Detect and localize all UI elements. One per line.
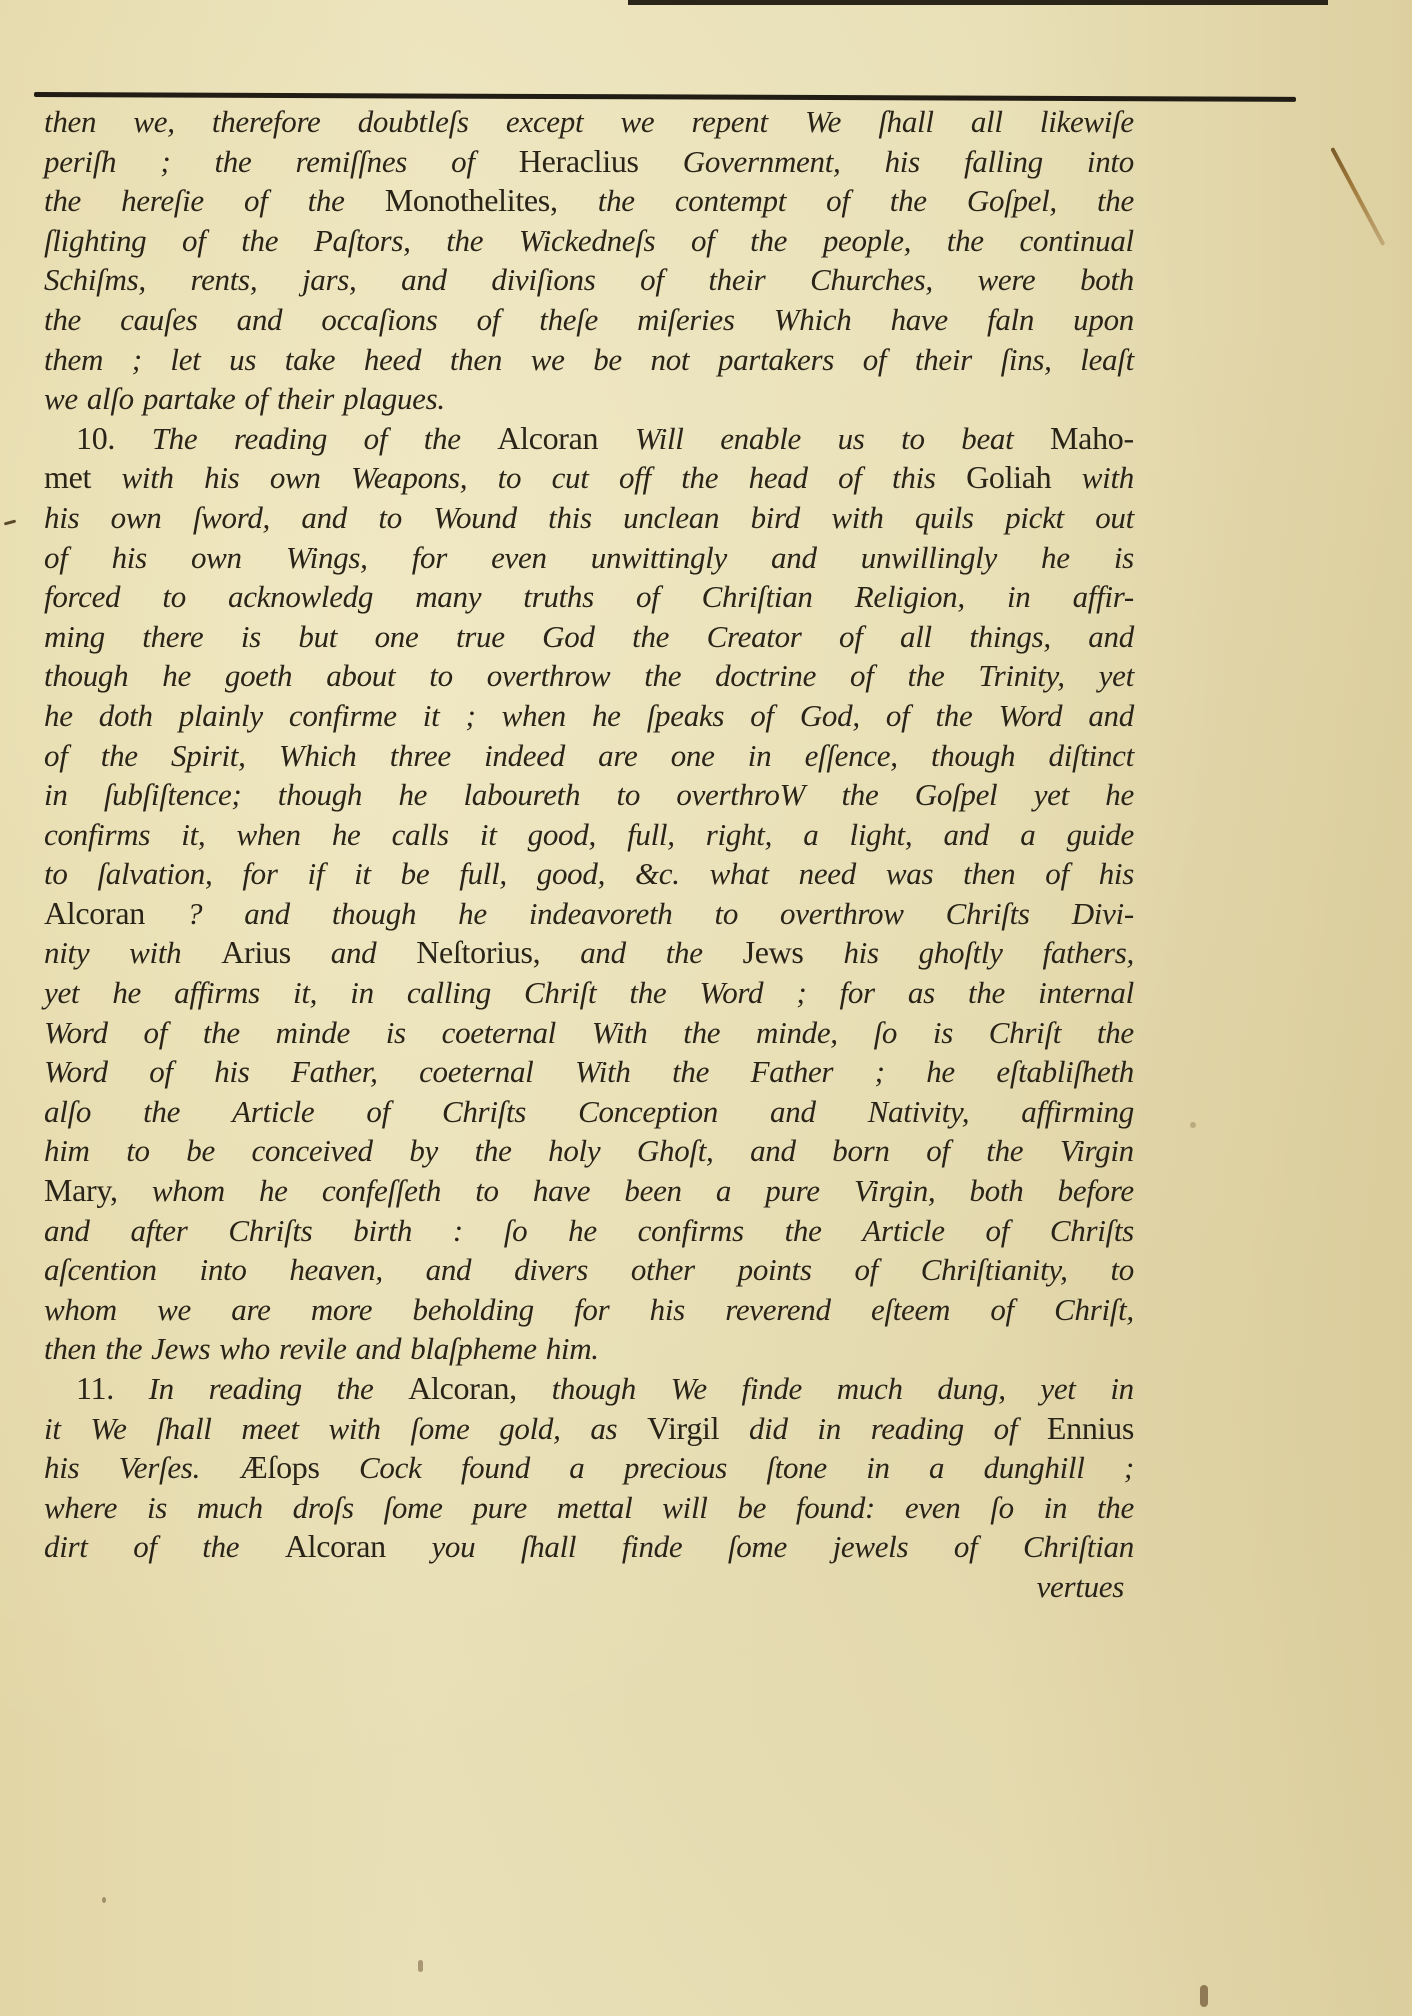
italic-word: of [994, 1409, 1018, 1449]
italic-word: affirming [1021, 1092, 1134, 1132]
italic-word: yet [44, 973, 79, 1013]
italic-word: indeed [484, 736, 565, 776]
roman-word: Virgil [647, 1409, 719, 1449]
italic-word: Weapons, [351, 458, 467, 498]
italic-word: ; [466, 696, 476, 736]
roman-word: 11. [76, 1369, 114, 1409]
catchword-text: vertues [1037, 1567, 1124, 1607]
text-line: inſubſiſtence;thoughhelabourethtooverthr… [44, 775, 1134, 815]
italic-word: Nativity, [868, 1092, 970, 1132]
text-line: Schiſms,rents,jars,anddiviſionsoftheirCh… [44, 260, 1134, 300]
italic-word: heaven, [289, 1250, 382, 1290]
italic-word: ſpeaks [647, 696, 724, 736]
italic-word: finde [742, 1369, 803, 1409]
italic-word: be [593, 340, 622, 380]
italic-word: to [475, 1171, 499, 1211]
italic-word: Which [279, 736, 357, 776]
italic-word: one [671, 736, 715, 776]
italic-word: is [1114, 538, 1134, 578]
italic-word: doubtleſs [358, 102, 469, 142]
italic-word: holy [548, 1131, 600, 1171]
italic-word: many [415, 577, 481, 617]
italic-word: as [908, 973, 935, 1013]
text-line: 10.ThereadingoftheAlcoranWillenableustob… [44, 419, 1134, 459]
italic-word: him. [546, 1329, 599, 1369]
italic-word: with [328, 1409, 380, 1449]
italic-word: ſome [384, 1488, 443, 1528]
italic-word: forced [44, 577, 120, 617]
italic-word: and [771, 538, 817, 578]
italic-word: &c. [635, 854, 680, 894]
italic-word: yet [1034, 775, 1069, 815]
italic-word: ſtone [766, 1448, 827, 1488]
italic-word: overthrow [780, 894, 904, 934]
italic-word: was [886, 854, 933, 894]
italic-word: the [907, 656, 944, 696]
italic-word: likewiſe [1040, 102, 1134, 142]
italic-word: ſome [410, 1409, 469, 1449]
italic-word: the [1097, 181, 1134, 221]
italic-word: In [149, 1369, 174, 1409]
italic-word: of [133, 1527, 157, 1567]
italic-word: gold, [499, 1409, 560, 1449]
italic-word: coeternal [419, 1052, 533, 1092]
italic-word: the [308, 181, 345, 221]
italic-word: eſteem [871, 1290, 950, 1330]
italic-word: he [1105, 775, 1134, 815]
italic-word: he [259, 1171, 288, 1211]
italic-word: and [1088, 617, 1134, 657]
italic-word: in [1110, 1369, 1134, 1409]
italic-word: you [431, 1527, 475, 1567]
italic-word: more [311, 1290, 372, 1330]
italic-word: for [840, 973, 875, 1013]
italic-word: and [44, 1211, 90, 1251]
italic-word: his [1099, 854, 1134, 894]
italic-word: With [592, 1013, 648, 1053]
italic-word: diſtinct [1049, 736, 1134, 776]
italic-word: he [592, 696, 621, 736]
italic-word: the [750, 221, 787, 261]
italic-word: coeternal [442, 1013, 556, 1053]
italic-word: Chriſts [1050, 1211, 1134, 1251]
italic-word: then [44, 1329, 96, 1369]
italic-word: the [44, 181, 81, 221]
italic-word: the [968, 973, 1005, 1013]
italic-word: ſlighting [44, 221, 146, 261]
italic-word: of [854, 1250, 878, 1290]
italic-word: what [710, 854, 769, 894]
italic-word: plainly [179, 696, 263, 736]
italic-word: be [737, 1488, 766, 1528]
italic-word: both [1080, 260, 1134, 300]
italic-word: this [548, 498, 592, 538]
italic-word: his [885, 142, 920, 182]
italic-word: doth [99, 696, 153, 736]
italic-word: is [147, 1488, 167, 1528]
text-line: ſlightingofthePaſtors,theWickedneſsofthe… [44, 221, 1134, 261]
italic-word: Jews [151, 1329, 210, 1369]
text-line: hisownſword,andtoWoundthisuncleanbirdwit… [44, 498, 1134, 538]
text-line: Alcoran?andthoughheindeavorethtooverthro… [44, 894, 1134, 934]
roman-word: Maho- [1050, 419, 1134, 459]
text-line: wealſopartakeoftheirplagues. [44, 379, 1134, 419]
italic-word: and [943, 815, 989, 855]
italic-word: about [326, 656, 395, 696]
italic-word: mettal [557, 1488, 633, 1528]
italic-word: by [409, 1131, 438, 1171]
text-line: ofhisownWings,forevenunwittinglyandunwil… [44, 538, 1134, 578]
italic-word: then [450, 340, 502, 380]
roman-word: Monothelites, [385, 181, 558, 221]
italic-word: ghoſtly [919, 933, 1003, 973]
italic-word: droſs [293, 1488, 354, 1528]
italic-word: contempt [675, 181, 786, 221]
italic-word: own [111, 498, 162, 538]
italic-word: the [143, 1092, 180, 1132]
italic-word: confirme [289, 696, 397, 736]
italic-word: to [498, 458, 522, 498]
text-line: alſotheArticleofChriſtsConceptionandNati… [44, 1092, 1134, 1132]
italic-word: ; [875, 1052, 885, 1092]
italic-word: light, [850, 815, 913, 855]
italic-word: with [1082, 458, 1134, 498]
italic-word: off [619, 458, 651, 498]
italic-word: in [350, 973, 374, 1013]
italic-word: God, [800, 696, 860, 736]
italic-word: after [130, 1211, 187, 1251]
italic-word: us [838, 419, 865, 459]
italic-word: their [708, 260, 765, 300]
italic-word: it [354, 854, 371, 894]
italic-word: overthrow [487, 656, 611, 696]
italic-word: and [1088, 696, 1134, 736]
text-line: forcedtoacknowledgmanytruthsofChriſtianR… [44, 577, 1134, 617]
italic-word: who [219, 1329, 270, 1369]
italic-word: the [681, 458, 718, 498]
italic-word: of [636, 577, 660, 617]
italic-word: ſome [728, 1527, 787, 1567]
italic-word: it, [293, 973, 317, 1013]
italic-word: ; [132, 340, 142, 380]
italic-word: We [90, 1409, 126, 1449]
ink-spot [418, 1960, 423, 1972]
italic-word: of [244, 379, 268, 419]
italic-word: ſo [990, 1488, 1014, 1528]
italic-word: their [915, 340, 972, 380]
paper-crack [1330, 147, 1385, 246]
italic-word: the [947, 221, 984, 261]
text-line: toſalvation,forifitbefull,good,&c.whatne… [44, 854, 1134, 894]
roman-word: 10. [76, 419, 115, 459]
italic-word: have [533, 1171, 590, 1211]
italic-word: into [200, 1250, 247, 1290]
italic-word: of [144, 1013, 168, 1053]
italic-word: be [186, 1131, 215, 1171]
text-line: aſcentionintoheaven,anddiversotherpoints… [44, 1250, 1134, 1290]
italic-word: found: [796, 1488, 875, 1528]
italic-word: meet [241, 1409, 298, 1449]
italic-word: Wickedneſs [519, 221, 655, 261]
italic-word: Goſpel, [967, 181, 1057, 221]
italic-word: partake [143, 379, 236, 419]
italic-word: of [691, 221, 715, 261]
text-line: hedothplainlyconfirmeit;whenheſpeaksofGo… [44, 696, 1134, 736]
italic-word: jewels [833, 1527, 909, 1567]
italic-word: the [337, 1369, 374, 1409]
italic-word: of [750, 696, 774, 736]
italic-word: is [241, 617, 261, 657]
text-line: hisVerſes.ÆſopsCockfoundapreciousſtonein… [44, 1448, 1134, 1488]
italic-word: Chriſtian [1023, 1527, 1134, 1567]
ink-spot [1190, 1122, 1196, 1128]
italic-word: Word [44, 1013, 108, 1053]
italic-word: reading [209, 1369, 302, 1409]
italic-word: full, [459, 854, 507, 894]
text-line: itWeſhallmeetwithſomegold,asVirgildidinr… [44, 1409, 1134, 1449]
italic-word: ſins, [1001, 340, 1052, 380]
italic-word: ; [796, 973, 806, 1013]
italic-word: Conception [578, 1092, 718, 1132]
italic-word: remiſſnes [296, 142, 408, 182]
italic-word: the [986, 1131, 1023, 1171]
italic-word: of [640, 260, 664, 300]
italic-word: full, [627, 815, 675, 855]
italic-word: goeth [225, 656, 292, 696]
italic-word: them [44, 340, 103, 380]
italic-word: then [44, 102, 96, 142]
italic-word: eſſence, [805, 736, 898, 776]
italic-word: of [850, 656, 874, 696]
italic-word: affirms [174, 973, 260, 1013]
italic-word: in [1044, 1488, 1068, 1528]
italic-word: his [843, 933, 878, 973]
italic-word: heed [364, 340, 421, 380]
italic-word: though [332, 894, 416, 934]
italic-word: a [929, 1448, 944, 1488]
italic-word: with [831, 498, 883, 538]
italic-word: his [44, 1448, 79, 1488]
italic-word: birth [353, 1211, 412, 1251]
italic-word: into [1087, 142, 1134, 182]
italic-word: to [162, 577, 186, 617]
italic-word: Wound [433, 498, 516, 538]
italic-word: the [598, 181, 635, 221]
italic-word: the [475, 1131, 512, 1171]
italic-word: Father, [291, 1052, 378, 1092]
italic-word: Goſpel [915, 775, 998, 815]
italic-word: we [531, 340, 565, 380]
italic-word: unwittingly [591, 538, 727, 578]
italic-word: Will [635, 419, 684, 459]
italic-word: except [506, 102, 583, 142]
italic-word: We [805, 102, 841, 142]
italic-word: occaſions [321, 300, 437, 340]
italic-word: be [401, 854, 430, 894]
italic-word: Word [700, 973, 764, 1013]
italic-word: of [926, 1131, 950, 1171]
italic-word: the [672, 1052, 709, 1092]
italic-word: the [683, 1013, 720, 1053]
italic-word: let [170, 340, 200, 380]
italic-word: Chriſt [524, 973, 596, 1013]
italic-word: reading [871, 1409, 964, 1449]
italic-word: as [590, 1409, 617, 1449]
italic-word: the [841, 775, 878, 815]
italic-word: the [935, 696, 972, 736]
italic-word: he [112, 973, 141, 1013]
italic-word: though [278, 775, 362, 815]
italic-word: Virgin [1060, 1131, 1134, 1171]
italic-word: Schiſms, [44, 260, 146, 300]
italic-word: plagues. [343, 379, 445, 419]
italic-word: the [644, 656, 681, 696]
italic-word: diviſions [491, 260, 595, 300]
text-line: nitywithAriusandNeſtorius,andtheJewshisg… [44, 933, 1134, 973]
italic-word: to [901, 419, 925, 459]
italic-word: in [817, 1409, 841, 1449]
italic-word: doctrine [715, 656, 816, 696]
italic-word: in [748, 736, 772, 776]
italic-word: Wings, [286, 538, 368, 578]
italic-word: precious [624, 1448, 727, 1488]
italic-word: leaſt [1080, 340, 1134, 380]
italic-word: when [236, 815, 300, 855]
italic-word: divers [514, 1250, 588, 1290]
italic-word: Chriſts [946, 894, 1030, 934]
text-line: andafterChriſtsbirth:ſoheconfirmstheArti… [44, 1211, 1134, 1251]
text-line: WordofthemindeiscoeternalWiththeminde,ſo… [44, 1013, 1134, 1053]
italic-word: Word [44, 1052, 108, 1092]
italic-word: : [453, 1211, 463, 1251]
italic-word: much [837, 1369, 903, 1409]
italic-word: true [456, 617, 505, 657]
text-line: thenwe,thereforedoubtleſsexceptwerepentW… [44, 102, 1134, 142]
italic-word: a [1020, 815, 1035, 855]
italic-word: therefore [212, 102, 321, 142]
italic-word: the [446, 221, 483, 261]
italic-word: other [631, 1250, 695, 1290]
italic-word: internal [1038, 973, 1134, 1013]
italic-word: dung, [937, 1369, 1005, 1409]
italic-word: it [44, 1409, 61, 1449]
ink-spot [102, 1897, 106, 1903]
italic-word: alſo [44, 1092, 91, 1132]
italic-word: the [105, 1329, 142, 1369]
italic-word: in [44, 775, 68, 815]
text-line: periſh;theremiſſnesofHeracliusGovernment… [44, 142, 1134, 182]
italic-word: to [715, 894, 739, 934]
italic-word: minde, [756, 1013, 838, 1053]
header-rule [34, 92, 1296, 102]
italic-word: the [629, 973, 666, 1013]
italic-word: have [891, 300, 948, 340]
text-line: 11.InreadingtheAlcoran,thoughWefindemuch… [44, 1369, 1134, 1409]
italic-word: he [332, 815, 361, 855]
italic-word: will [662, 1488, 707, 1528]
italic-word: fathers, [1043, 933, 1134, 973]
text-line: confirmsit,whenhecallsitgood,full,right,… [44, 815, 1134, 855]
italic-word: born [832, 1131, 889, 1171]
italic-word: the [632, 617, 669, 657]
italic-word: reading [234, 419, 327, 459]
italic-word: his [650, 1290, 685, 1330]
italic-word: his [112, 538, 147, 578]
italic-word: repent [692, 102, 768, 142]
text-line: them;letustakeheedthenwebenotpartakersof… [44, 340, 1134, 380]
italic-word: of [839, 617, 863, 657]
italic-word: Divi- [1072, 894, 1134, 934]
italic-word: to [429, 656, 453, 696]
catchword: vertues [44, 1567, 1134, 1607]
italic-word: alſo [87, 379, 134, 419]
italic-word: of [477, 300, 501, 340]
italic-word: guide [1067, 815, 1134, 855]
italic-word: of [44, 538, 68, 578]
italic-word: Creator [707, 617, 802, 657]
italic-word: yet [1040, 1369, 1075, 1409]
italic-word: cauſes [120, 300, 197, 340]
italic-word: even [905, 1488, 961, 1528]
italic-word: ſo [504, 1211, 528, 1251]
margin-mark [4, 519, 16, 525]
italic-word: and [401, 260, 447, 300]
italic-word: and [580, 933, 626, 973]
roman-word: Goliah [966, 458, 1051, 498]
italic-word: the [890, 181, 927, 221]
italic-word: jars, [302, 260, 357, 300]
italic-word: points [738, 1250, 812, 1290]
italic-word: and [356, 1329, 402, 1369]
italic-word: periſh [44, 142, 116, 182]
roman-word: Arius [221, 933, 291, 973]
italic-word: minde [276, 1013, 350, 1053]
italic-word: Chriſt, [1054, 1290, 1134, 1330]
text-line: whereismuchdroſsſomepuremettalwillbefoun… [44, 1488, 1134, 1528]
italic-word: their [277, 379, 334, 419]
italic-word: Government, [683, 142, 841, 182]
italic-word: faln [987, 300, 1034, 340]
roman-word: Æſops [239, 1448, 319, 1488]
roman-word: Alcoran [44, 894, 145, 934]
italic-word: he [458, 894, 487, 934]
italic-word: of [44, 736, 68, 776]
italic-word: even [491, 538, 547, 578]
italic-word: conceived [252, 1131, 373, 1171]
italic-word: it, [181, 815, 205, 855]
italic-word: of [990, 1290, 1014, 1330]
italic-word: enable [720, 419, 801, 459]
italic-word: Article [862, 1211, 944, 1251]
text-line: WordofhisFather,coeternalWiththeFather;h… [44, 1052, 1134, 1092]
italic-word: Churches, [810, 260, 933, 300]
italic-word: take [285, 340, 335, 380]
italic-word: out [1095, 498, 1134, 538]
italic-word: the [214, 142, 251, 182]
text-line: Mary,whomheconfeſſethtohavebeenapureVirg… [44, 1171, 1134, 1211]
italic-word: overthroW [676, 775, 805, 815]
italic-word: of [451, 142, 475, 182]
italic-word: bird [751, 498, 800, 538]
italic-word: the [241, 221, 278, 261]
italic-word: of [1045, 854, 1069, 894]
italic-word: with [129, 933, 181, 973]
text-line: thehereſieoftheMonothelites,thecontempto… [44, 181, 1134, 221]
italic-word: did [749, 1409, 788, 1449]
italic-word: the [1097, 1013, 1134, 1053]
italic-word: Paſtors, [314, 221, 411, 261]
italic-word: rents, [190, 260, 257, 300]
